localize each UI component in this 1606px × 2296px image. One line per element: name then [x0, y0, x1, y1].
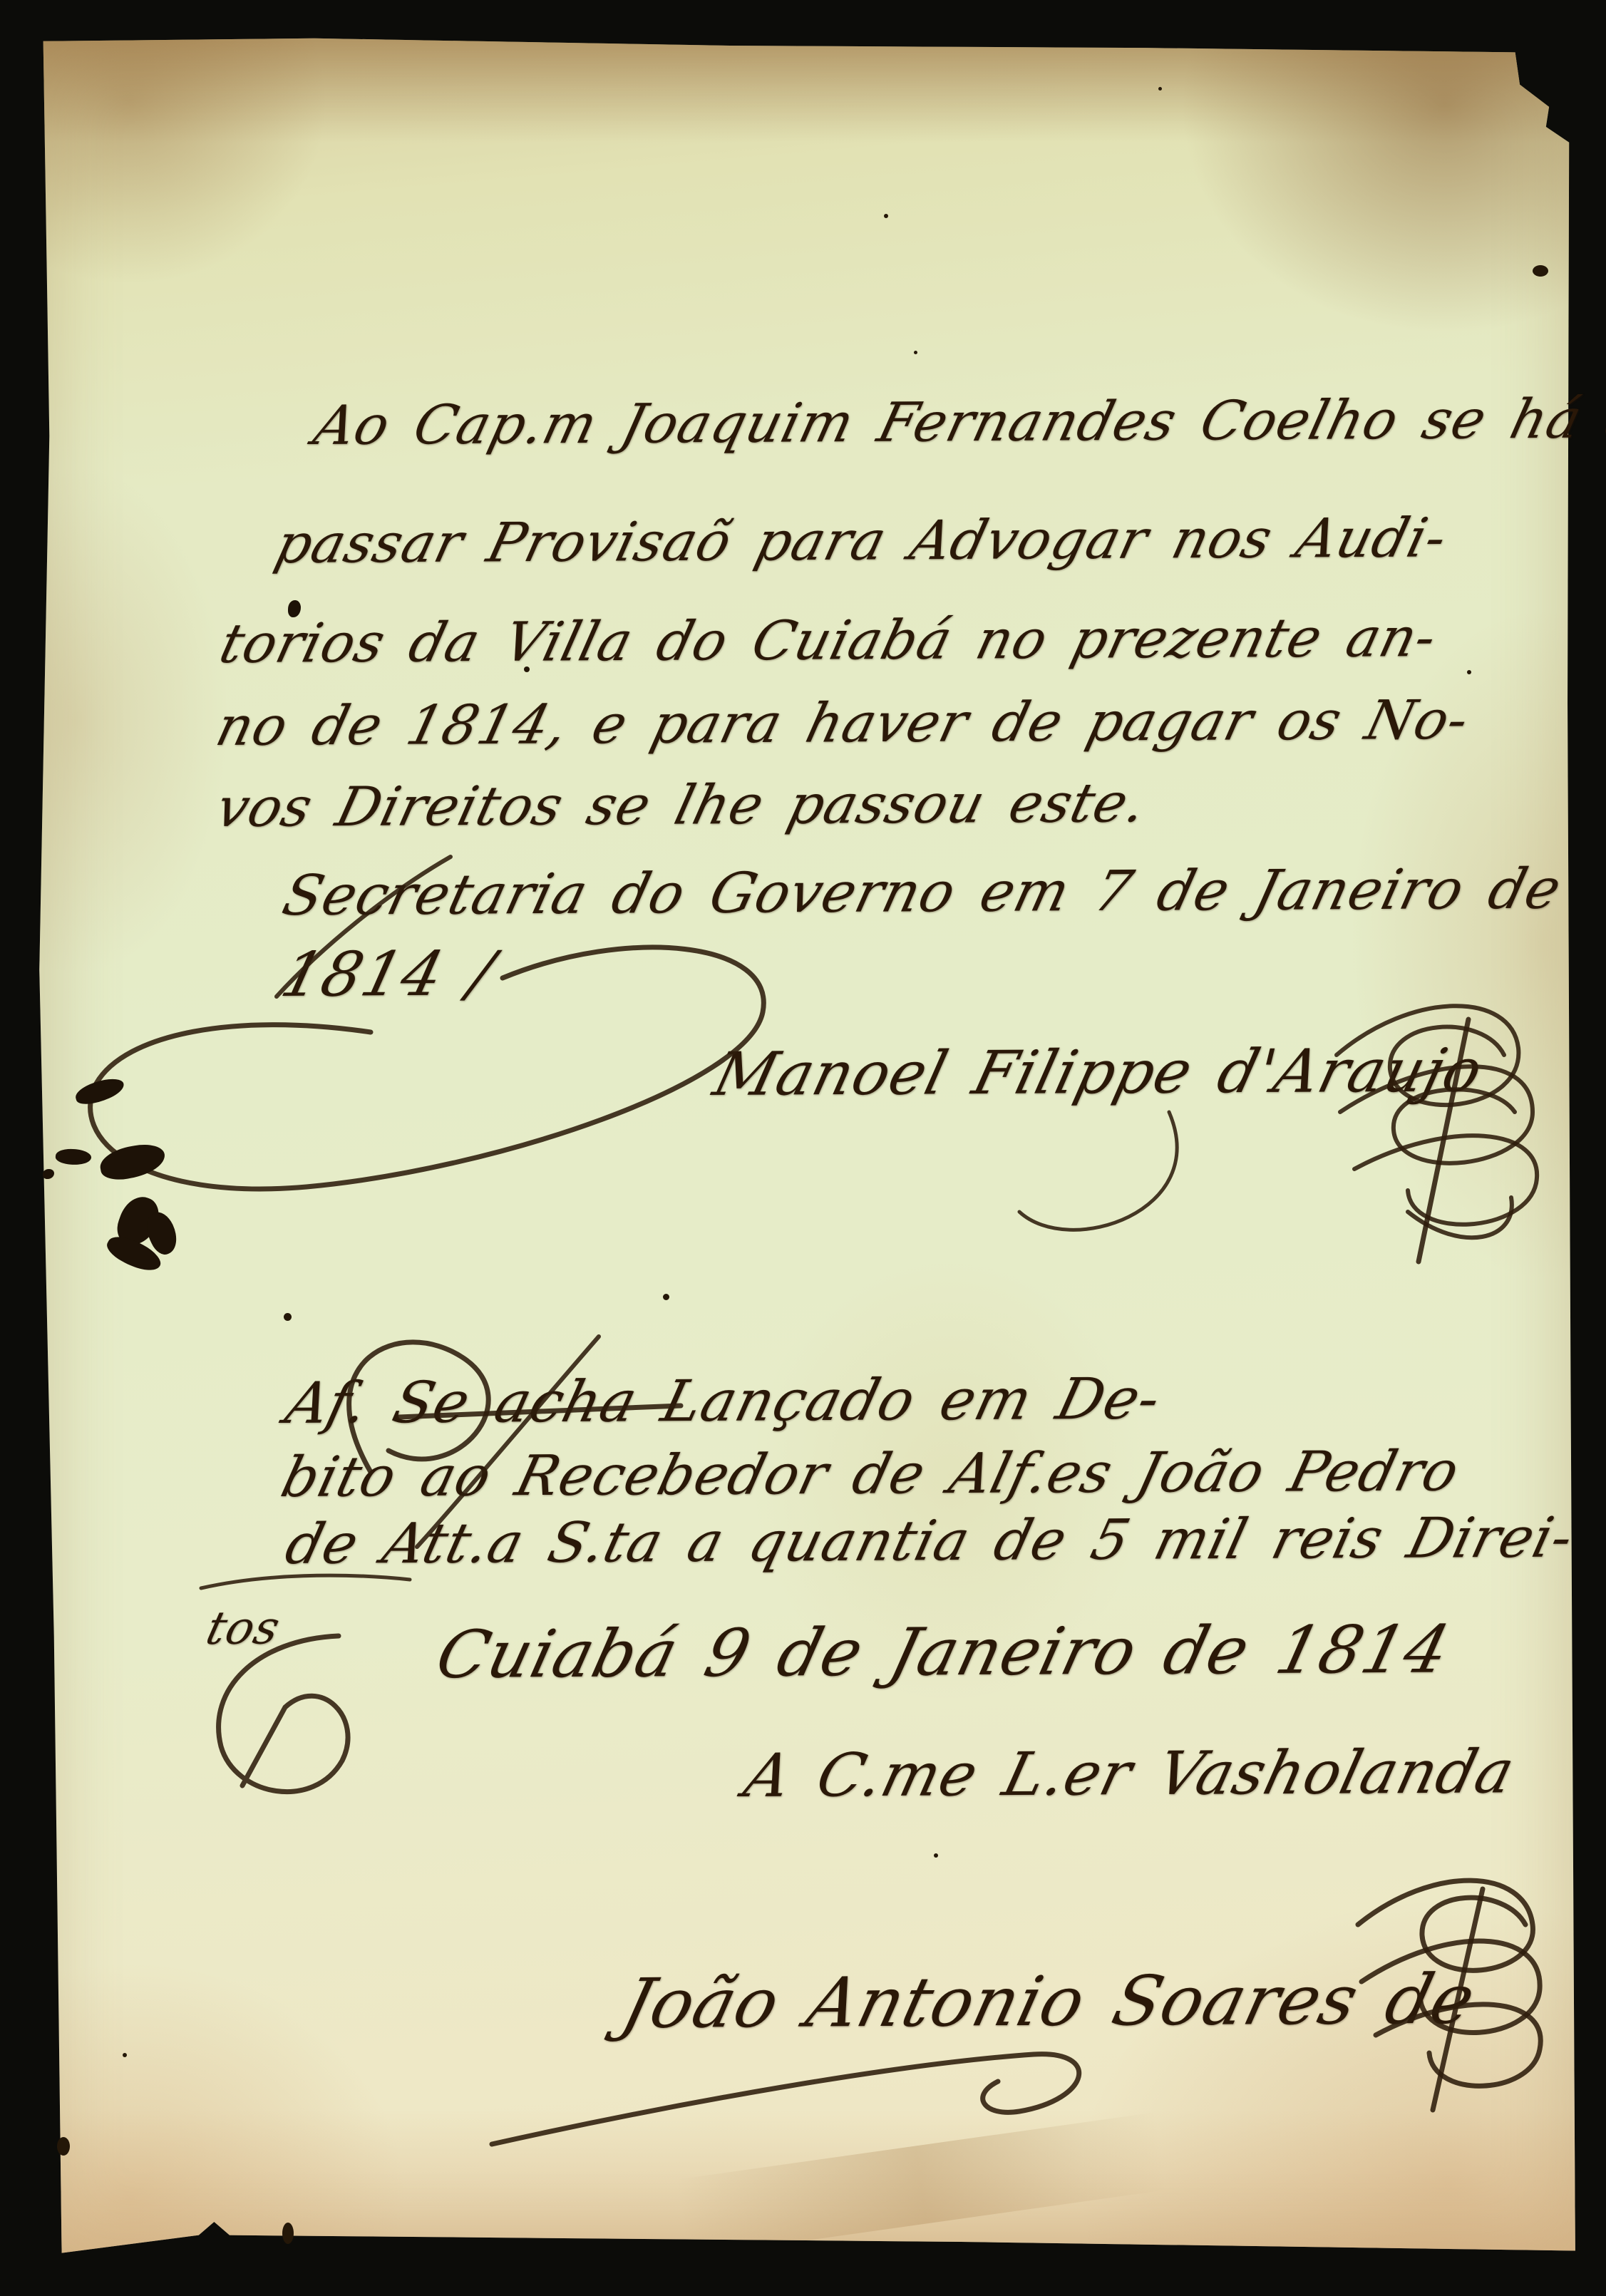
stain-top-right	[1163, 36, 1577, 349]
debit-line-4: tos	[201, 1602, 285, 1655]
manuscript-line-2: passar Provisaõ para Advogar nos Audi-	[269, 505, 1453, 575]
stain-bottom-right	[1064, 1889, 1577, 2260]
dateline-secretaria: Secretaria do Governo em 7 de Janeiro de	[277, 858, 1568, 928]
paper-speck	[284, 1313, 292, 1321]
signature-manoel-filippe: Manoel Filippe d'Araujo	[707, 1035, 1490, 1109]
paper-speck	[934, 1853, 938, 1858]
paper-speck	[663, 1294, 669, 1300]
signature-joao-antonio: João Antonio Soares de	[614, 1960, 1483, 2044]
stain-bottom-edge	[37, 2110, 1577, 2260]
manuscript-page	[37, 36, 1577, 2260]
annotation-title: A C.me L.er Vasholanda	[738, 1736, 1521, 1811]
manuscript-line-5: vos Direitos se lhe passou este.	[210, 771, 1153, 839]
stain-left-edge	[37, 463, 230, 977]
debit-line-2: bito ao Recebedor de Alf.es João Pedro	[275, 1439, 1466, 1510]
paper-speck	[884, 214, 888, 218]
debit-line-3: de Att.a S.ta a quantia de 5 mil reis Di…	[279, 1506, 1580, 1577]
manuscript-line-3: torios da Villa do Cuiabá no prezente an…	[214, 605, 1443, 675]
stain-top-edge	[37, 36, 1577, 143]
paper-speck	[914, 351, 917, 354]
paper-speck	[123, 2053, 127, 2057]
paper-speck	[1467, 670, 1471, 674]
paper-speck	[1158, 87, 1162, 91]
wormhole	[282, 2223, 294, 2244]
stain-streak	[676, 2112, 1167, 2258]
dateline-cuiaba: Cuiabá 9 de Janeiro de 1814	[429, 1612, 1457, 1693]
wormhole	[1533, 265, 1548, 277]
photo-backdrop: Ao Cap.m Joaquim Fernandes Coelho se há …	[0, 0, 1606, 2296]
stain-top-left	[37, 36, 344, 299]
manuscript-line-4: no de 1814, e para haver de pagar os No-	[210, 688, 1476, 758]
debit-line-1: Af. Se acha Lançado em De-	[279, 1366, 1168, 1436]
stain-bottom-left	[37, 1960, 408, 2260]
wormhole	[57, 2137, 70, 2156]
dateline-year: 1814 /	[274, 938, 501, 1011]
paper-speck	[524, 666, 530, 672]
manuscript-line-1: Ao Cap.m Joaquim Fernandes Coelho se há …	[308, 386, 1606, 457]
